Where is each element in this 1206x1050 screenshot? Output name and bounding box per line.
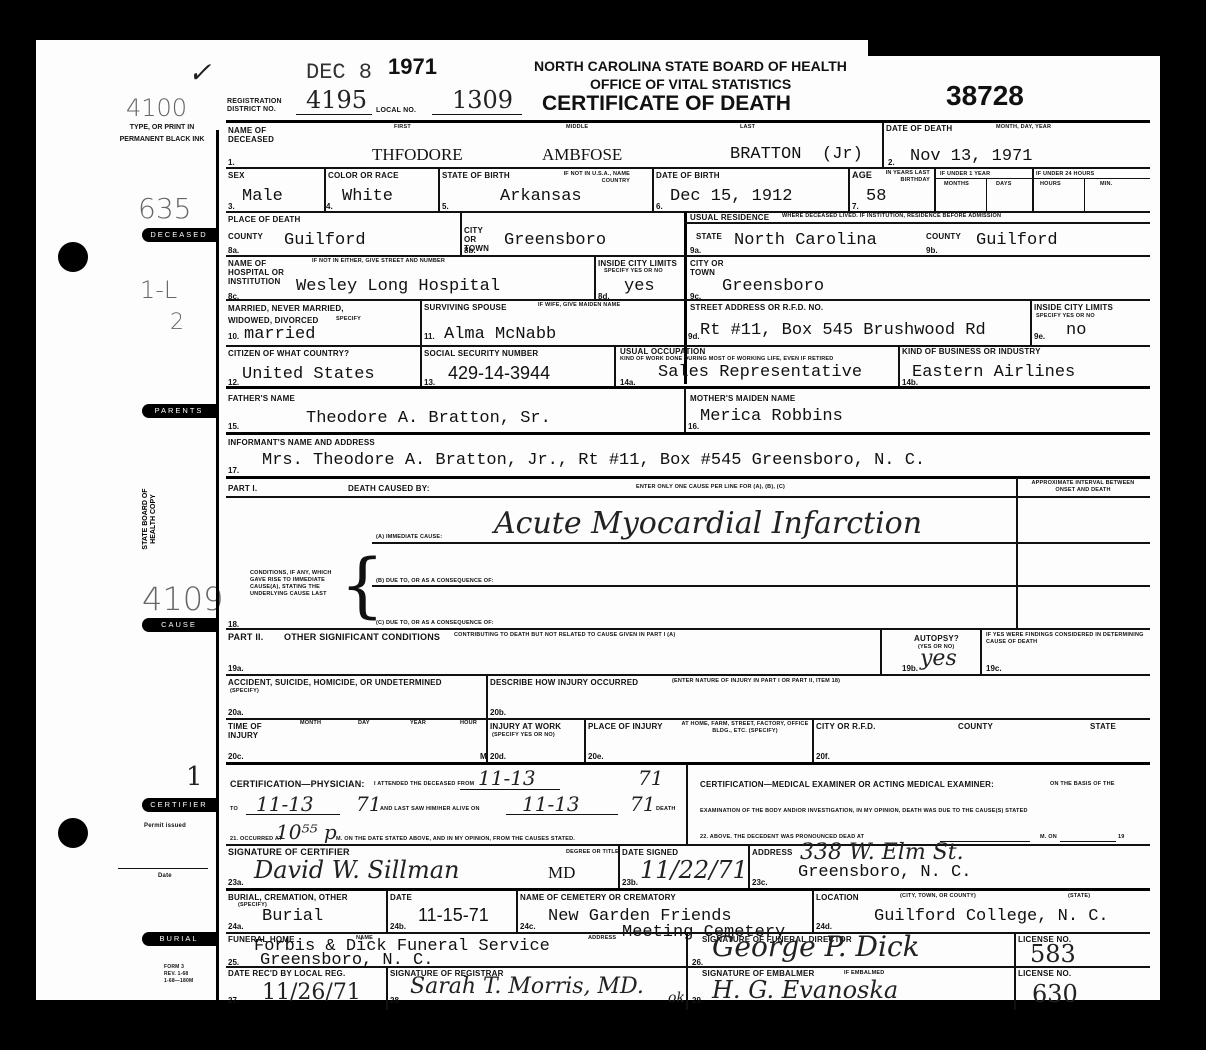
underline	[246, 814, 340, 815]
embalmer-license-label: LICENSE NO.	[1018, 969, 1071, 978]
state-board-copy: STATE BOARD OF HEALTH COPY	[140, 486, 164, 556]
check-mark: ✓	[188, 56, 211, 89]
res-inside-city-sub: SPECIFY YES OR NO	[1036, 313, 1095, 320]
divider	[226, 966, 1150, 968]
underline	[296, 114, 372, 115]
attended-to-year: 71	[356, 792, 381, 816]
place-injury-label: PLACE OF INJURY	[588, 722, 663, 731]
divider	[372, 542, 1150, 544]
age-label: AGE	[852, 171, 872, 180]
ssn-label: SOCIAL SECURITY NUMBER	[424, 349, 538, 358]
me-line-2: EXAMINATION OF THE BODY AND/OR INVESTIGA…	[700, 808, 1028, 815]
burial-location: Guilford College, N. C.	[874, 908, 1109, 926]
death-caused-by-label: DEATH CAUSED BY:	[348, 484, 430, 493]
min-label: MIN.	[1100, 181, 1112, 188]
divider	[516, 890, 518, 932]
last-label: LAST	[740, 124, 755, 131]
race-label: COLOR OR RACE	[328, 171, 399, 180]
first-label: FIRST	[394, 124, 411, 131]
last-saw-alive: 11-13	[522, 792, 580, 816]
divider	[226, 932, 1150, 934]
certifier-address-line-2: Greensboro, N. C.	[798, 864, 971, 882]
conditions-note: CONDITIONS, IF ANY, WHICH GAVE RISE TO I…	[250, 570, 340, 598]
attended-from: 11-13	[478, 766, 536, 790]
res-city: Greensboro	[722, 278, 824, 296]
state-of-birth: Arkansas	[500, 188, 582, 206]
injury-state-label: STATE	[1090, 722, 1116, 731]
mother-label: MOTHER'S MAIDEN NAME	[690, 394, 795, 403]
pencil-note: 4100	[126, 94, 187, 122]
date-label: Date	[158, 872, 172, 881]
section-divider	[226, 386, 1150, 389]
divider	[934, 168, 936, 212]
spouse-sub: IF WIFE, GIVE MAIDEN NAME	[538, 302, 620, 309]
divider	[594, 256, 596, 300]
mark-1: 1	[186, 762, 203, 792]
divider	[686, 933, 688, 1013]
city-rfd-label: CITY OR R.F.D.	[816, 722, 876, 731]
sex: Male	[242, 188, 283, 206]
at-work-sub: (SPECIFY YES OR NO)	[492, 732, 555, 739]
me-basis: ON THE BASIS OF THE	[1050, 781, 1115, 788]
death-city: Greensboro	[504, 232, 606, 250]
binder-hole	[58, 818, 88, 848]
father-label: FATHER'S NAME	[228, 394, 295, 403]
hospital-sub: IF NOT IN EITHER, GIVE STREET AND NUMBER	[312, 258, 445, 265]
death-label: DEATH	[656, 806, 676, 813]
underline	[1060, 841, 1116, 842]
attended-from-year: 71	[638, 766, 663, 790]
divider	[460, 212, 462, 256]
row-divider	[226, 255, 1150, 257]
location-label: LOCATION	[816, 893, 859, 902]
divider	[118, 868, 208, 869]
date-recd-label: DATE REC'D BY LOCAL REG.	[228, 969, 345, 978]
section-divider	[226, 888, 1150, 891]
divider	[486, 675, 488, 719]
funeral-director-signature: George P. Dick	[712, 930, 920, 963]
date-of-death: Nov 13, 1971	[910, 148, 1032, 166]
location-sub: (CITY, TOWN, OR COUNTY)	[900, 893, 976, 900]
degree-label: DEGREE OR TITLE	[566, 849, 619, 856]
under-1-year-label: IF UNDER 1 YEAR	[940, 171, 990, 178]
me-m-on: M. ON	[1040, 834, 1057, 841]
deceased-last-name: BRATTON	[730, 146, 801, 164]
attended-from-label: I ATTENDED THE DECEASED FROM	[374, 781, 474, 788]
me-19: 19	[1118, 834, 1125, 841]
citizen-label: CITIZEN OF WHAT COUNTRY?	[228, 349, 349, 358]
usual-occupation: Sales Representative	[658, 364, 862, 382]
date-of-death-sub: MONTH, DAY, YEAR	[996, 124, 1051, 131]
funeral-home-address-label: ADDRESS	[588, 935, 616, 942]
res-state: North Carolina	[734, 232, 877, 250]
last-saw-year: 71	[630, 792, 655, 816]
tab-cause: CAUSE	[142, 618, 216, 632]
frame-top	[226, 120, 1150, 123]
place-of-death-label: PLACE OF DEATH	[228, 215, 300, 224]
certifier-signature: David W. Sillman	[254, 856, 460, 884]
interval-label: APPROXIMATE INTERVAL BETWEEN ONSET AND D…	[1022, 480, 1144, 494]
occurred-rest: M. ON THE DATE STATED ABOVE, AND IN MY O…	[336, 836, 575, 843]
father-name: Theodore A. Bratton, Sr.	[306, 410, 551, 428]
me-cert-label: CERTIFICATION—MEDICAL EXAMINER OR ACTING…	[700, 780, 994, 789]
hospital: Wesley Long Hospital	[296, 278, 500, 296]
res-inside-city: no	[1066, 322, 1086, 340]
divider	[226, 844, 1150, 846]
divider	[584, 719, 586, 763]
street-address: Rt #11, Box 545 Brushwood Rd	[700, 322, 986, 340]
divider	[986, 178, 987, 212]
registration-district-label: REGISTRATION DISTRICT NO.	[227, 98, 297, 114]
divider	[684, 388, 686, 432]
months-label: MONTHS	[944, 181, 969, 188]
occurred-time: 10⁵⁵ p	[276, 820, 337, 844]
due-to-b-label: (b) DUE TO, OR AS A CONSEQUENCE OF:	[376, 578, 494, 585]
inside-city: yes	[624, 278, 655, 296]
attended-to: 11-13	[256, 792, 314, 816]
divider	[226, 674, 1150, 676]
divider	[1032, 168, 1034, 212]
divider	[614, 346, 616, 386]
res-county-label: COUNTY	[926, 232, 961, 241]
to-label: TO	[230, 806, 238, 813]
divider	[848, 168, 850, 212]
divider	[748, 845, 750, 889]
time-injury-label: TIME OF INJURY	[228, 722, 268, 740]
date-of-death-label: DATE OF DEATH	[886, 124, 952, 133]
burial-method: Burial	[262, 908, 323, 926]
street-label: STREET ADDRESS OR R.F.D. No.	[690, 303, 823, 312]
hospital-label: NAME OF HOSPITAL OR INSTITUTION	[228, 259, 292, 286]
divider	[226, 628, 1150, 630]
place-injury-sub: AT HOME, FARM, STREET, FACTORY, OFFICE B…	[680, 721, 810, 735]
embalmer-license: 630	[1032, 980, 1078, 1008]
state-of-birth-label: STATE OF BIRTH	[442, 171, 510, 180]
pencil-note: 635	[138, 192, 191, 225]
race: White	[342, 188, 393, 206]
date-received: 11/26/71	[262, 980, 361, 1005]
autopsy-label: AUTOPSY?	[914, 634, 959, 643]
agency-line-2: OFFICE OF VITAL STATISTICS	[590, 76, 791, 92]
divider	[1014, 933, 1016, 1013]
section-divider	[226, 762, 1150, 765]
local-no-label: LOCAL NO.	[376, 106, 416, 115]
under-24-hours-label: IF UNDER 24 HOURS	[1036, 171, 1094, 178]
date-signed: 11/22/71	[640, 856, 748, 884]
hours-label: HOURS	[1040, 181, 1061, 188]
permit-issued-label: Permit issued	[144, 822, 186, 831]
section-divider	[226, 432, 1150, 435]
marital-status: married	[244, 326, 315, 344]
part-2-label: PART II.	[228, 633, 263, 642]
received-stamp-year: 1971	[388, 54, 437, 80]
divider	[226, 496, 1150, 498]
ok-mark: ok	[668, 990, 685, 1006]
divider	[486, 719, 488, 763]
res-county: Guilford	[976, 232, 1058, 250]
citizen-country: United States	[242, 366, 375, 384]
pencil-note: 1-L	[140, 276, 177, 304]
informant-value: Mrs. Theodore A. Bratton, Jr., Rt #11, B…	[262, 452, 925, 470]
immediate-cause-label: (a) IMMEDIATE CAUSE:	[376, 534, 442, 541]
divider	[386, 890, 388, 932]
burial-date-label: DATE	[390, 893, 412, 902]
deceased-first-name: THFODORE	[372, 146, 463, 164]
mother-maiden-name: Merica Robbins	[700, 408, 843, 426]
deceased-suffix: (Jr)	[822, 146, 863, 164]
divider	[686, 764, 688, 844]
days-label: DAYS	[996, 181, 1012, 188]
director-license: 583	[1030, 940, 1076, 968]
deceased-middle-name: AMBFOSE	[542, 146, 622, 164]
certifier-address-line-1: 338 W. Elm St.	[800, 840, 964, 865]
immediate-cause: Acute Myocardial Infarction	[494, 506, 922, 541]
usual-residence-sub: WHERE DECEASED LIVED. IF INSTITUTION, RE…	[782, 213, 1001, 220]
divider	[934, 178, 1150, 179]
pencil-note: 2	[170, 310, 184, 335]
row-divider	[226, 299, 1150, 301]
month-label: MONTH	[300, 720, 321, 727]
findings-label: IF YES WERE FINDINGS CONSIDERED IN DETER…	[986, 632, 1146, 646]
business-label: KIND OF BUSINESS OR INDUSTRY	[902, 347, 1041, 356]
underline	[432, 114, 522, 115]
hour-label: HOUR	[460, 720, 477, 727]
burial-method-label: BURIAL, CREMATION, OTHER	[228, 893, 348, 902]
res-state-label: STATE	[696, 232, 722, 241]
tab-parents: PARENTS	[142, 404, 216, 418]
received-stamp-date: DEC 8	[306, 60, 372, 85]
age: 58	[866, 188, 886, 206]
tab-burial: BURIAL	[142, 932, 216, 946]
tab-deceased: DECEASED	[142, 228, 216, 242]
underline	[460, 789, 560, 790]
binder-hole	[58, 242, 88, 272]
sex-label: SEX	[228, 171, 245, 180]
accident-sub: (SPECIFY)	[230, 688, 259, 695]
occurred-at-label: 21. OCCURRED AT	[230, 836, 282, 843]
occupation-sub: KIND OF WORK DONE DURING MOST OF WORKING…	[620, 356, 880, 363]
inside-city-label: INSIDE CITY LIMITS	[598, 259, 677, 268]
autopsy-value: yes	[920, 646, 957, 671]
divider	[882, 122, 884, 168]
section-divider	[226, 476, 1150, 479]
inside-city-sub: SPECIFY YES OR NO	[604, 268, 663, 275]
other-conditions-sub: CONTRIBUTING TO DEATH BUT NOT RELATED TO…	[454, 632, 675, 639]
res-inside-city-label: INSIDE CITY LIMITS	[1034, 303, 1113, 312]
divider	[618, 845, 620, 889]
name-label: NAME OF DECEASED	[228, 126, 288, 144]
date-of-birth-label: DATE OF BIRTH	[656, 171, 720, 180]
res-city-label: CITY OR TOWN	[690, 259, 724, 277]
embalmer-signature: H. G. Evanoska	[712, 976, 898, 1004]
year-label: YEAR	[410, 720, 426, 727]
marital-label: MARRIED, NEVER MARRIED, WIDOWED, DIVORCE…	[228, 303, 368, 327]
scan-edge	[868, 40, 1160, 56]
underline	[506, 814, 618, 815]
accident-label: ACCIDENT, SUICIDE, HOMICIDE, OR UNDETERM…	[228, 678, 442, 687]
other-conditions-label: OTHER SIGNIFICANT CONDITIONS	[284, 633, 440, 642]
location-state-label: (STATE)	[1068, 893, 1090, 900]
state-of-birth-sub: IF NOT IN U.S.A., NAME COUNTRY	[544, 171, 630, 185]
row-divider	[226, 167, 1150, 169]
describe-injury-sub: (ENTER NATURE OF INJURY IN PART I OR PAR…	[672, 678, 840, 685]
divider	[980, 629, 982, 675]
divider	[1016, 478, 1018, 628]
form-info: FORM 3 REV. 1-68 1-68—180M	[164, 964, 194, 985]
part-1-label: PART I.	[228, 484, 257, 493]
day-label: DAY	[358, 720, 370, 727]
injury-county-label: COUNTY	[958, 722, 993, 731]
certifier-address-label: ADDRESS	[752, 848, 793, 857]
date-of-birth: Dec 15, 1912	[670, 188, 792, 206]
registration-district-no: 4195	[306, 86, 367, 114]
cemetery-label: NAME OF CEMETERY OR CREMATORY	[520, 893, 676, 902]
burial-date: 11-15-71	[418, 906, 489, 924]
divider	[1030, 300, 1032, 346]
divider	[420, 346, 422, 386]
informant-label: INFORMANT'S NAME AND ADDRESS	[228, 438, 375, 447]
type-instruction: TYPE, OR PRINT IN PERMANENT BLACK INK	[112, 122, 212, 146]
middle-label: MIDDLE	[566, 124, 588, 131]
certificate-number: 38728	[946, 80, 1024, 112]
local-no: 1309	[452, 86, 513, 114]
certifier-degree: MD	[548, 864, 575, 882]
surviving-spouse: Alma McNabb	[444, 326, 556, 344]
divider	[898, 346, 900, 386]
divider	[812, 719, 814, 763]
divider	[880, 629, 882, 675]
divider	[1084, 178, 1085, 212]
divider	[420, 300, 422, 346]
divider	[438, 168, 440, 212]
tab-certifier: CERTIFIER	[142, 798, 216, 812]
divider	[372, 585, 1150, 587]
frame-bottom	[226, 1010, 1150, 1013]
due-to-c-label: (c) DUE TO, OR AS A CONSEQUENCE OF:	[376, 620, 494, 627]
registrar-signature: Sarah T. Morris, MD.	[410, 974, 644, 999]
divider	[686, 222, 1150, 224]
age-sub: IN YEARS LAST BIRTHDAY	[872, 170, 930, 184]
row-divider	[226, 211, 1150, 213]
divider	[386, 967, 388, 1011]
agency-line-1: NORTH CAROLINA STATE BOARD OF HEALTH	[534, 58, 847, 74]
occupation-label: USUAL OCCUPATION	[620, 347, 705, 356]
pencil-note: 4109	[142, 580, 223, 618]
divider	[652, 168, 654, 212]
county-label: COUNTY	[228, 232, 263, 241]
spouse-label: SURVIVING SPOUSE	[424, 303, 507, 312]
divider	[812, 890, 814, 932]
certificate-title: CERTIFICATE OF DEATH	[542, 92, 791, 116]
business-industry: Eastern Airlines	[912, 364, 1075, 382]
frame-left	[216, 130, 219, 1030]
physician-cert-label: CERTIFICATION—PHYSICIAN:	[230, 780, 365, 789]
at-work-label: INJURY AT WORK	[490, 722, 561, 731]
enter-one-cause-label: ENTER ONLY ONE CAUSE PER LINE FOR (a), (…	[636, 484, 785, 491]
social-security-number: 429-14-3944	[448, 364, 550, 382]
describe-injury-label: DESCRIBE HOW INJURY OCCURRED	[490, 678, 638, 687]
marital-sub: SPECIFY	[336, 316, 361, 323]
usual-residence-label: USUAL RESIDENCE	[690, 213, 769, 222]
last-saw-label: AND LAST SAW HIM/HER ALIVE ON	[380, 806, 480, 813]
death-county: Guilford	[284, 232, 366, 250]
